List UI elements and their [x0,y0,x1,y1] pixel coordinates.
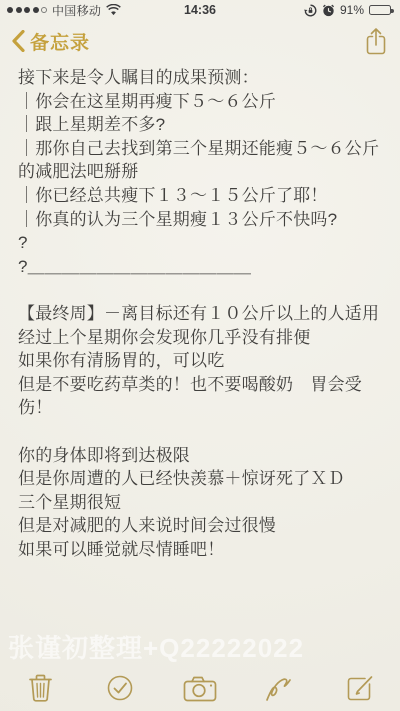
note-line: ?＿＿＿＿＿＿＿＿＿＿＿＿＿ [18,255,384,279]
camera-icon [183,675,217,702]
note-line: ｜你真的认为三个星期瘦１３公斤不快吗? [18,208,384,232]
battery-percent-label: 91% [340,3,364,17]
alarm-icon [322,4,335,17]
signal-dot-filled [33,7,39,13]
signal-dot-filled [7,7,13,13]
check-circle-icon [105,673,135,703]
signal-dot-filled [24,7,30,13]
note-line: 如果你有清肠胃的，可以吃 [18,349,384,373]
note-line: ｜跟上星期差不多? [18,113,384,137]
camera-button[interactable] [182,670,218,706]
note-line: ? [18,231,384,255]
note-line: ｜那你自己去找到第三个星期还能瘦５～６公斤 [18,137,384,161]
note-line [18,420,384,444]
note-body[interactable]: 接下来是令人瞩目的成果预测：｜你会在这星期再瘦下５～６公斤｜跟上星期差不多?｜那… [0,62,400,561]
markup-squiggle-icon [263,673,297,703]
signal-dots [7,7,47,13]
battery-icon [369,5,391,15]
note-line: 但是对减肥的人来说时间会过很慢 [18,514,384,538]
note-line: 接下来是令人瞩目的成果预测： [18,66,384,90]
delete-button[interactable] [22,670,58,706]
markup-button[interactable] [262,670,298,706]
note-line: ｜你会在这星期再瘦下５～６公斤 [18,90,384,114]
back-button-label: 备忘录 [30,28,90,55]
back-button[interactable]: 备忘录 [12,28,90,55]
note-line: 但是不要吃药草类的！也不要喝酸奶 胃会受 [18,373,384,397]
compose-icon [345,673,375,703]
note-line: 伤！ [18,396,384,420]
wifi-icon [106,4,121,16]
notes-app-screen: 中国移动 14:36 [0,0,400,711]
trash-icon [27,673,54,703]
note-line: 的减肥法吧掰掰 [18,160,384,184]
nav-bar: 备忘录 [0,20,400,62]
note-line: 三个星期很短 [18,491,384,515]
note-line [18,278,384,302]
signal-dot-empty [41,7,47,13]
note-line: ｜你已经总共瘦下１３～１５公斤了耶！ [18,184,384,208]
note-line: 【最终周】－离目标还有１０公斤以上的人适用 [18,302,384,326]
note-line: 你的身体即将到达极限 [18,444,384,468]
note-line: 但是你周遭的人已经快羡慕＋惊讶死了ＸＤ [18,467,384,491]
note-line: 如果可以睡觉就尽情睡吧！ [18,538,384,562]
note-line: 经过上个星期你会发现你几乎没有排便 [18,326,384,350]
watermark-label: 张谨初整理+Q22222022 [8,628,304,665]
rotation-lock-icon [304,4,317,17]
status-bar: 中国移动 14:36 [0,0,400,20]
compose-button[interactable] [342,670,378,706]
signal-dot-filled [16,7,22,13]
back-chevron-icon [12,30,25,52]
carrier-label: 中国移动 [52,2,101,19]
share-button[interactable] [364,27,388,56]
bottom-toolbar [0,665,400,711]
checklist-button[interactable] [102,670,138,706]
share-icon [364,27,388,56]
